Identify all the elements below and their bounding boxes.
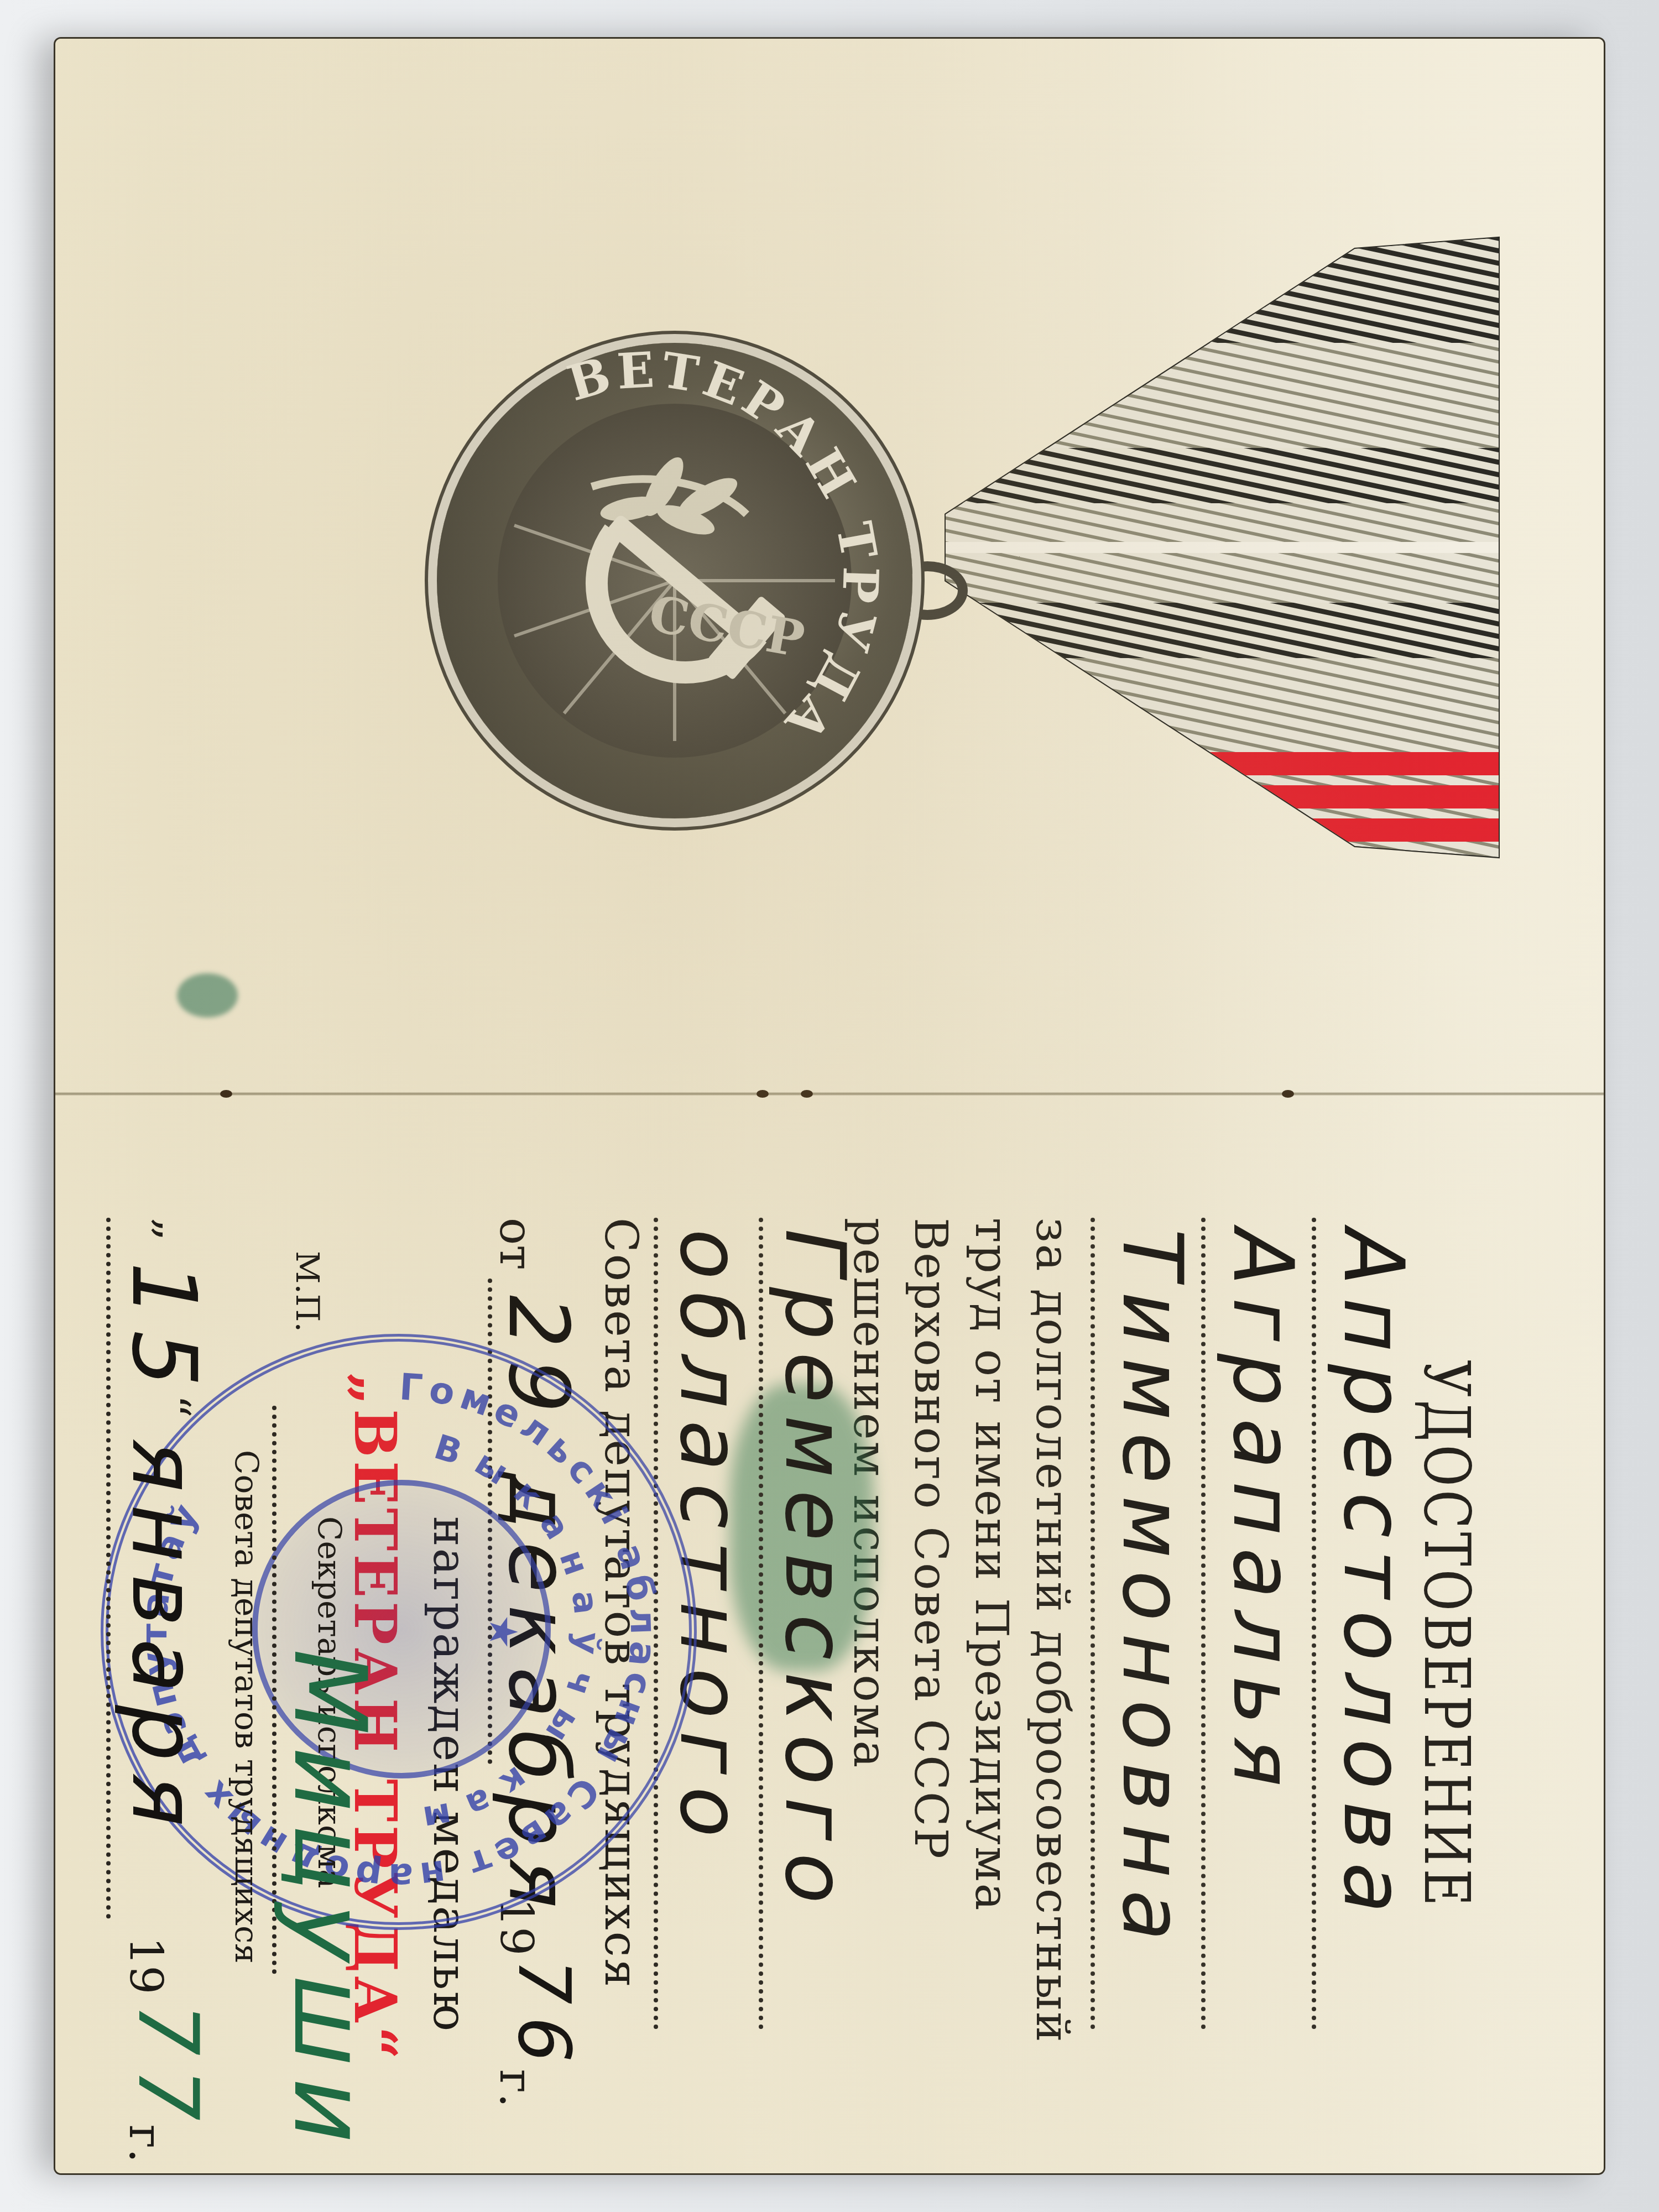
seal-mark: М.П. (289, 1251, 326, 1332)
medal-disc: CCCP ВЕТЕРАН ТРУДА (437, 343, 912, 818)
certificate-text-panel: УДОСТОВЕРЕНИЕ Апрестолова Аграпалья Тиме… (55, 1096, 1604, 2173)
signatory-title-2: Совета депутатов трудящихся (228, 1450, 265, 1964)
medal-illustration-panel: CCCP ВЕТЕРАН ТРУДА (55, 39, 1604, 1089)
body-line-3: Верховного Совета СССР (904, 1218, 957, 2030)
dotted-line (1312, 1218, 1316, 2030)
dotted-line (759, 1218, 763, 2030)
certificate-card: CCCP ВЕТЕРАН ТРУДА (55, 39, 1604, 2173)
svg-text:ВЕТЕРАН ТРУДА: ВЕТЕРАН ТРУДА (561, 343, 890, 756)
body-line-2: труд от имени Президиума (965, 1218, 1018, 2030)
dotted-line (1201, 1218, 1206, 2030)
medal-ribbon (912, 216, 1521, 879)
ink-stain (177, 973, 238, 1018)
dotted-line (1091, 1218, 1095, 2030)
fold-line (55, 1092, 1604, 1095)
certificate-rotated: CCCP ВЕТЕРАН ТРУДА (55, 39, 1604, 2173)
body-line-1: за долголетний добросовестный (1026, 1218, 1078, 2030)
issue-date: „ 15 “ января 19 77 г. (105, 1218, 216, 2107)
issuing-body-line-1: Гремевского (766, 1229, 863, 2030)
dotted-line (106, 1218, 111, 1919)
recipient-first-name: Аграпалья (1214, 1229, 1311, 2030)
recipient-patronymic: Тимемоновна (1104, 1229, 1200, 2030)
medal-inscription: ВЕТЕРАН ТРУДА (437, 343, 912, 818)
recipient-surname: Апрестолова (1325, 1229, 1421, 2030)
signature: Мицуши (272, 1649, 387, 2030)
